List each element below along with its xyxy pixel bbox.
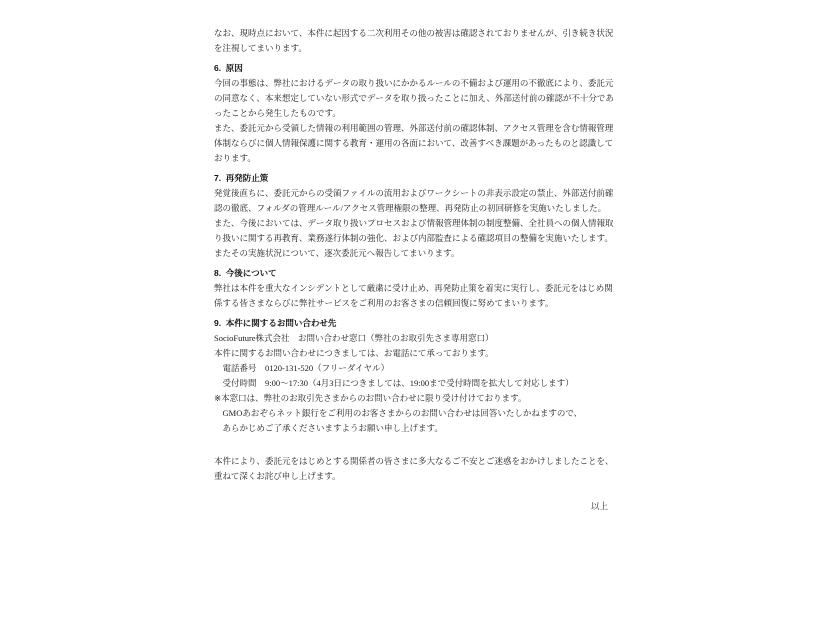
closing-apology-paragraph: 本件により、委託元をはじめとする関係者の皆さまに多大なるご不安とご迷惑をおかけし… [214,454,608,484]
section-future-heading: 8. 今後について [214,266,608,281]
document-content: なお、現時点において、本件に起因する二次利用その他の被害は確認されておりませんが… [214,26,608,514]
section-recurrence-prevention-body: 発覚後直ちに、委託元からの受領ファイルの流用およびワークシートの非表示設定の禁止… [214,186,608,261]
section-future: 8. 今後について 弊社は本件を重大なインシデントとして厳粛に受け止め、再発防止… [214,266,608,311]
document-page: なお、現時点において、本件に起因する二次利用その他の被害は確認されておりませんが… [0,0,826,620]
section-contact-heading: 9. 本件に関するお問い合わせ先 [214,316,608,331]
section-cause: 6. 原因 今回の事態は、弊社におけるデータの取り扱いにかかるルールの不備および… [214,61,608,166]
document-viewer: { "colors": { "background": "#ffffff", "… [0,0,826,620]
section-contact: 9. 本件に関するお問い合わせ先 SocioFuture株式会社 お問い合わせ窓… [214,316,608,436]
section-recurrence-prevention-heading: 7. 再発防止策 [214,171,608,186]
section-recurrence-prevention: 7. 再発防止策 発覚後直ちに、委託元からの受領ファイルの流用およびワークシート… [214,171,608,261]
section-cause-heading: 6. 原因 [214,61,608,76]
section-cause-body: 今回の事態は、弊社におけるデータの取り扱いにかかるルールの不備および運用の不徹底… [214,76,608,166]
section-future-body: 弊社は本件を重大なインシデントとして厳粛に受け止め、再発防止策を着実に実行し、委… [214,281,608,311]
section-contact-body: SocioFuture株式会社 お問い合わせ窓口（弊社のお取引先さま専用窓口） … [214,331,608,436]
closing-mark: 以上 [214,499,608,514]
intro-paragraph: なお、現時点において、本件に起因する二次利用その他の被害は確認されておりませんが… [214,26,608,56]
